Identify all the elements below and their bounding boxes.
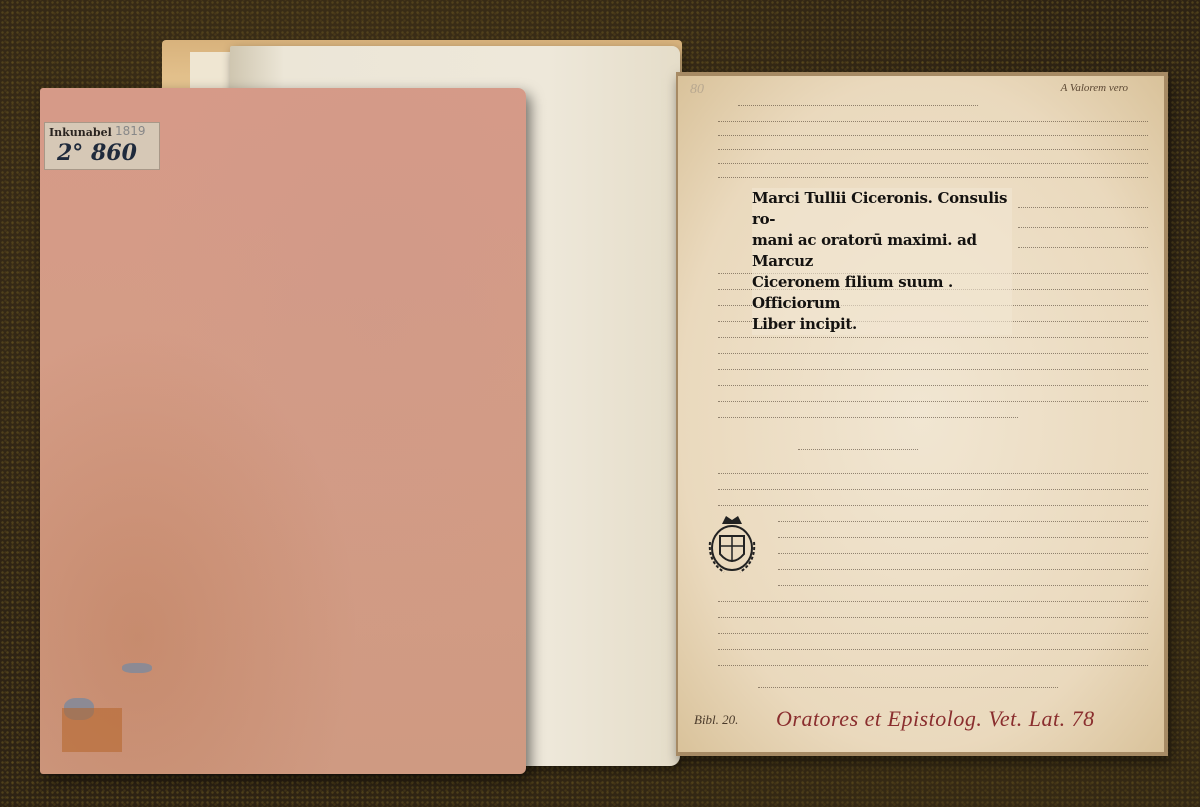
label-shelfmark: 2° 860 [57,140,137,166]
manuscript-page: 80 A Valorem vero [676,72,1168,756]
printed-heading-line: Ciceronem filium suum . Officiorum [752,272,1012,314]
shelfmark-label: Inkunabel 1819 2° 860 [44,122,160,170]
printed-heading-line: Marci Tullii Ciceronis. Consulis ro- [752,188,1012,230]
folio-number: 80 [690,82,704,98]
cover-stain [62,708,122,752]
printed-heading-line: Liber incipit. [752,314,1012,335]
top-right-note: A Valorem vero [1061,82,1128,94]
label-title: Inkunabel [49,126,112,139]
printed-heading: Marci Tullii Ciceronis. Consulis ro- man… [752,188,1012,335]
book-scene: Inkunabel 1819 2° 860 80 A Valorem vero [0,0,1200,807]
bottom-left-note: Bibl. 20. [694,712,738,728]
cover-tear [122,663,152,673]
coat-of-arms-stamp-icon [704,512,760,578]
printed-heading-line: mani ac oratorū maximi. ad Marcuz [752,230,1012,272]
front-cover: Inkunabel 1819 2° 860 [40,88,526,774]
bottom-shelfmark: Oratores et Epistolog. Vet. Lat. 78 [776,706,1095,732]
label-pencil-note: 1819 [115,124,146,138]
